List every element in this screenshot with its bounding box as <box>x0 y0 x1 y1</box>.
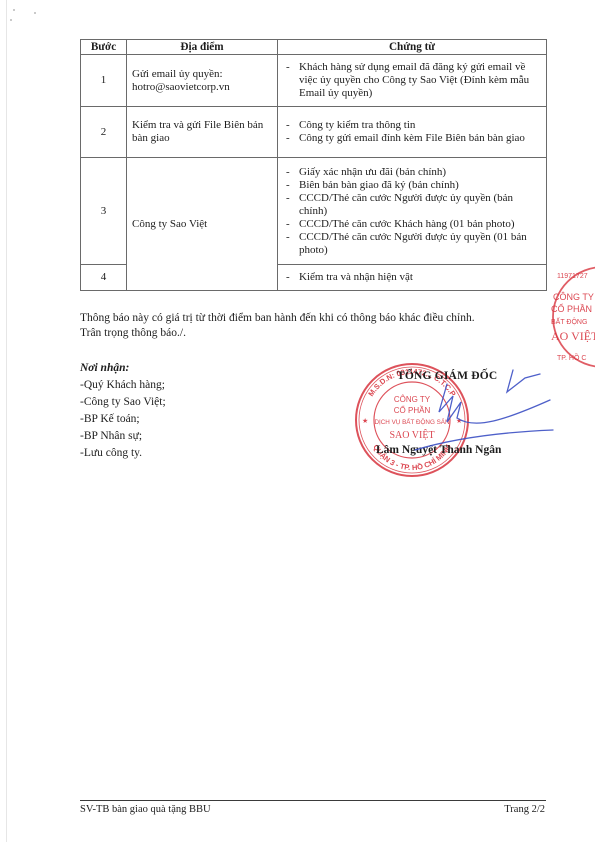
table-row: 2 Kiểm tra và gửi File Biên bản bàn giao… <box>81 107 547 158</box>
signature-icon <box>395 360 555 460</box>
partial-stamp-line4: AO VIỆT <box>551 329 595 343</box>
documents-cell: Kiểm tra và nhận hiện vật <box>278 265 547 291</box>
notice-text: Thông báo này có giá trị từ thời điểm ba… <box>80 311 475 341</box>
footer-divider <box>80 800 546 801</box>
documents-cell: Giấy xác nhận ưu đãi (bản chính) Biên bả… <box>278 158 547 265</box>
document-item: Khách hàng sử dụng email đã đăng ký gửi … <box>283 61 541 100</box>
recipients-block: Nơi nhận: -Quý Khách hàng; -Công ty Sao … <box>80 360 166 462</box>
header-documents: Chứng từ <box>278 40 547 55</box>
table-header-row: Bước Địa điểm Chứng từ <box>81 40 547 55</box>
partial-stamp-icon: 11971727 CÔNG TY CỔ PHẦN BẤT ĐỘNG AO VIỆ… <box>545 262 595 372</box>
document-item: CCCD/Thẻ căn cước Khách hàng (01 bản pho… <box>283 218 541 231</box>
table-row: 3 Công ty Sao Việt Giấy xác nhận ưu đãi … <box>81 158 547 265</box>
partial-stamp-bottom: TP. HỒ C <box>557 352 586 362</box>
recipient-item: -BP Kế toán; <box>80 411 166 428</box>
recipients-title: Nơi nhận: <box>80 360 166 377</box>
recipient-item: -Lưu công ty. <box>80 445 166 462</box>
partial-stamp-line3: BẤT ĐỘNG <box>551 316 587 326</box>
document-item: Công ty gửi email đính kèm File Biên bản… <box>283 132 541 145</box>
partial-stamp-top: 11971727 <box>557 273 588 280</box>
scan-edge <box>6 0 7 842</box>
scan-speck <box>13 9 15 11</box>
document-item: Kiểm tra và nhận hiện vật <box>283 271 541 284</box>
document-item: CCCD/Thẻ căn cước Người được ủy quyền (b… <box>283 192 541 218</box>
documents-cell: Công ty kiểm tra thông tin Công ty gửi e… <box>278 107 547 158</box>
step-number: 2 <box>81 107 127 158</box>
header-step: Bước <box>81 40 127 55</box>
recipient-item: -Công ty Sao Việt; <box>80 394 166 411</box>
footer-page-number: Trang 2/2 <box>504 804 545 815</box>
scan-speck <box>10 19 12 21</box>
place-text: Gửi email ủy quyền: <box>132 68 272 81</box>
document-item: Công ty kiểm tra thông tin <box>283 119 541 132</box>
step-number: 4 <box>81 265 127 291</box>
scan-speck <box>34 12 36 14</box>
place-cell: Công ty Sao Việt <box>127 158 278 291</box>
svg-text:★: ★ <box>362 417 368 425</box>
procedure-table: Bước Địa điểm Chứng từ 1 Gửi email ủy qu… <box>80 39 547 291</box>
notice-closing: Trân trọng thông báo./. <box>80 326 475 341</box>
recipient-item: -BP Nhân sự; <box>80 428 166 445</box>
footer-document-name: SV-TB bàn giao quà tặng BBU <box>80 804 211 815</box>
document-item: Biên bản bàn giao đã ký (bản chính) <box>283 179 541 192</box>
step-number: 3 <box>81 158 127 265</box>
notice-validity: Thông báo này có giá trị từ thời điểm ba… <box>80 311 475 326</box>
recipient-item: -Quý Khách hàng; <box>80 377 166 394</box>
documents-cell: Khách hàng sử dụng email đã đăng ký gửi … <box>278 55 547 107</box>
step-number: 1 <box>81 55 127 107</box>
place-cell: Gửi email ủy quyền: hotro@saovietcorp.vn <box>127 55 278 107</box>
table-row: 1 Gửi email ủy quyền: hotro@saovietcorp.… <box>81 55 547 107</box>
place-cell: Kiểm tra và gửi File Biên bản bàn giao <box>127 107 278 158</box>
partial-stamp-line1: CÔNG TY <box>553 292 594 302</box>
document-item: Giấy xác nhận ưu đãi (bản chính) <box>283 166 541 179</box>
email-address: hotro@saovietcorp.vn <box>132 81 272 94</box>
document-item: CCCD/Thẻ căn cước Người được ủy quyền (0… <box>283 231 541 257</box>
header-place: Địa điểm <box>127 40 278 55</box>
partial-stamp-line2: CỔ PHẦN <box>551 303 592 314</box>
